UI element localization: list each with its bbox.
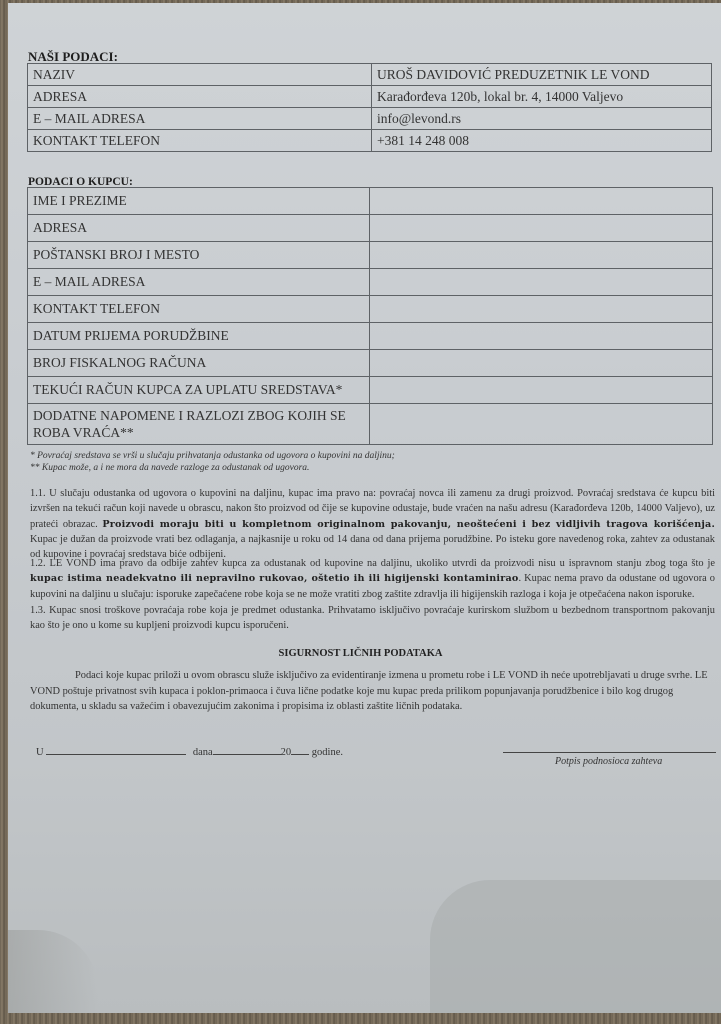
table-row: DODATNE NAPOMENE I RAZLOZI ZBOG KOJIH SE… bbox=[28, 404, 713, 445]
table-row: POŠTANSKI BROJ I MESTO bbox=[28, 242, 713, 269]
paragraph-1-2: 1.2. LE VOND ima pravo da odbije zahtev … bbox=[30, 556, 715, 602]
row-value: Karađorđeva 120b, lokal br. 4, 14000 Val… bbox=[372, 86, 712, 108]
paragraph-text: 1.2. LE VOND ima pravo da odbije zahtev … bbox=[30, 558, 715, 569]
row-value-field[interactable] bbox=[370, 242, 713, 269]
row-value-field[interactable] bbox=[370, 350, 713, 377]
paragraph-bold-text: kupac istima neadekvatno ili nepravilno … bbox=[30, 573, 519, 584]
customer-data-table: IME I PREZIME ADRESA POŠTANSKI BROJ I ME… bbox=[27, 187, 713, 445]
row-value: info@levond.rs bbox=[372, 108, 712, 130]
paragraph-bold-text: Proizvodi moraju biti u kompletnom origi… bbox=[102, 519, 715, 530]
table-row: DATUM PRIJEMA PORUDŽBINE bbox=[28, 323, 713, 350]
table-row: E – MAIL ADRESA bbox=[28, 269, 713, 296]
table-row: ADRESAKarađorđeva 120b, lokal br. 4, 140… bbox=[28, 86, 712, 108]
signature-field[interactable] bbox=[503, 752, 716, 753]
row-value: +381 14 248 008 bbox=[372, 130, 712, 152]
table-row: E – MAIL ADRESAinfo@levond.rs bbox=[28, 108, 712, 130]
row-value-field[interactable] bbox=[370, 215, 713, 242]
table-row: TEKUĆI RAČUN KUPCA ZA UPLATU SREDSTAVA* bbox=[28, 377, 713, 404]
row-value: UROŠ DAVIDOVIĆ PREDUZETNIK LE VOND bbox=[372, 64, 712, 86]
row-label: TEKUĆI RAČUN KUPCA ZA UPLATU SREDSTAVA* bbox=[28, 377, 370, 404]
row-label: E – MAIL ADRESA bbox=[28, 108, 372, 130]
table-row: BROJ FISKALNOG RAČUNA bbox=[28, 350, 713, 377]
footnote-1: * Povraćaj sredstava se vrši u slučaju p… bbox=[30, 451, 395, 461]
row-label: E – MAIL ADRESA bbox=[28, 269, 370, 296]
paragraph-1-3: 1.3. Kupac snosi troškove povraćaja robe… bbox=[30, 603, 715, 634]
row-label: NAZIV bbox=[28, 64, 372, 86]
place-label: U bbox=[36, 747, 44, 758]
table-row: KONTAKT TELEFON bbox=[28, 296, 713, 323]
table-row: NAZIVUROŠ DAVIDOVIĆ PREDUZETNIK LE VOND bbox=[28, 64, 712, 86]
row-label: POŠTANSKI BROJ I MESTO bbox=[28, 242, 370, 269]
row-value-field[interactable] bbox=[370, 296, 713, 323]
table-row: KONTAKT TELEFON+381 14 248 008 bbox=[28, 130, 712, 152]
date-label: dana bbox=[193, 747, 213, 758]
paragraph-1-1: 1.1. U slučaju odustanka od ugovora o ku… bbox=[30, 486, 715, 562]
year-prefix: 20 bbox=[281, 747, 292, 758]
privacy-title: SIGURNOST LIČNIH PODATAKA bbox=[0, 648, 721, 659]
row-label: KONTAKT TELEFON bbox=[28, 130, 372, 152]
row-label: BROJ FISKALNOG RAČUNA bbox=[28, 350, 370, 377]
row-value-field[interactable] bbox=[370, 323, 713, 350]
table-row: ADRESA bbox=[28, 215, 713, 242]
date-field[interactable] bbox=[213, 745, 281, 755]
row-label: DODATNE NAPOMENE I RAZLOZI ZBOG KOJIH SE… bbox=[28, 404, 370, 445]
signature-caption: Potpis podnosioca zahteva bbox=[555, 756, 662, 767]
row-value-field[interactable] bbox=[370, 377, 713, 404]
row-value-field[interactable] bbox=[370, 269, 713, 296]
row-label: KONTAKT TELEFON bbox=[28, 296, 370, 323]
privacy-text: Podaci koje kupac priloži u ovom obrascu… bbox=[30, 670, 708, 712]
place-field[interactable] bbox=[46, 745, 186, 755]
row-label: ADRESA bbox=[28, 215, 370, 242]
privacy-paragraph: Podaci koje kupac priloži u ovom obrascu… bbox=[30, 668, 718, 715]
row-label: ADRESA bbox=[28, 86, 372, 108]
year-suffix: godine. bbox=[312, 747, 343, 758]
row-value-field[interactable] bbox=[370, 404, 713, 445]
row-label: DATUM PRIJEMA PORUDŽBINE bbox=[28, 323, 370, 350]
footnote-2: ** Kupac može, a i ne mora da navede raz… bbox=[30, 463, 309, 473]
row-label: IME I PREZIME bbox=[28, 188, 370, 215]
our-data-table: NAZIVUROŠ DAVIDOVIĆ PREDUZETNIK LE VOND … bbox=[27, 63, 712, 152]
place-date-row: U dana20 godine. bbox=[36, 745, 343, 758]
year-field[interactable] bbox=[291, 745, 309, 755]
shadow bbox=[430, 880, 721, 1013]
row-value-field[interactable] bbox=[370, 188, 713, 215]
table-row: IME I PREZIME bbox=[28, 188, 713, 215]
